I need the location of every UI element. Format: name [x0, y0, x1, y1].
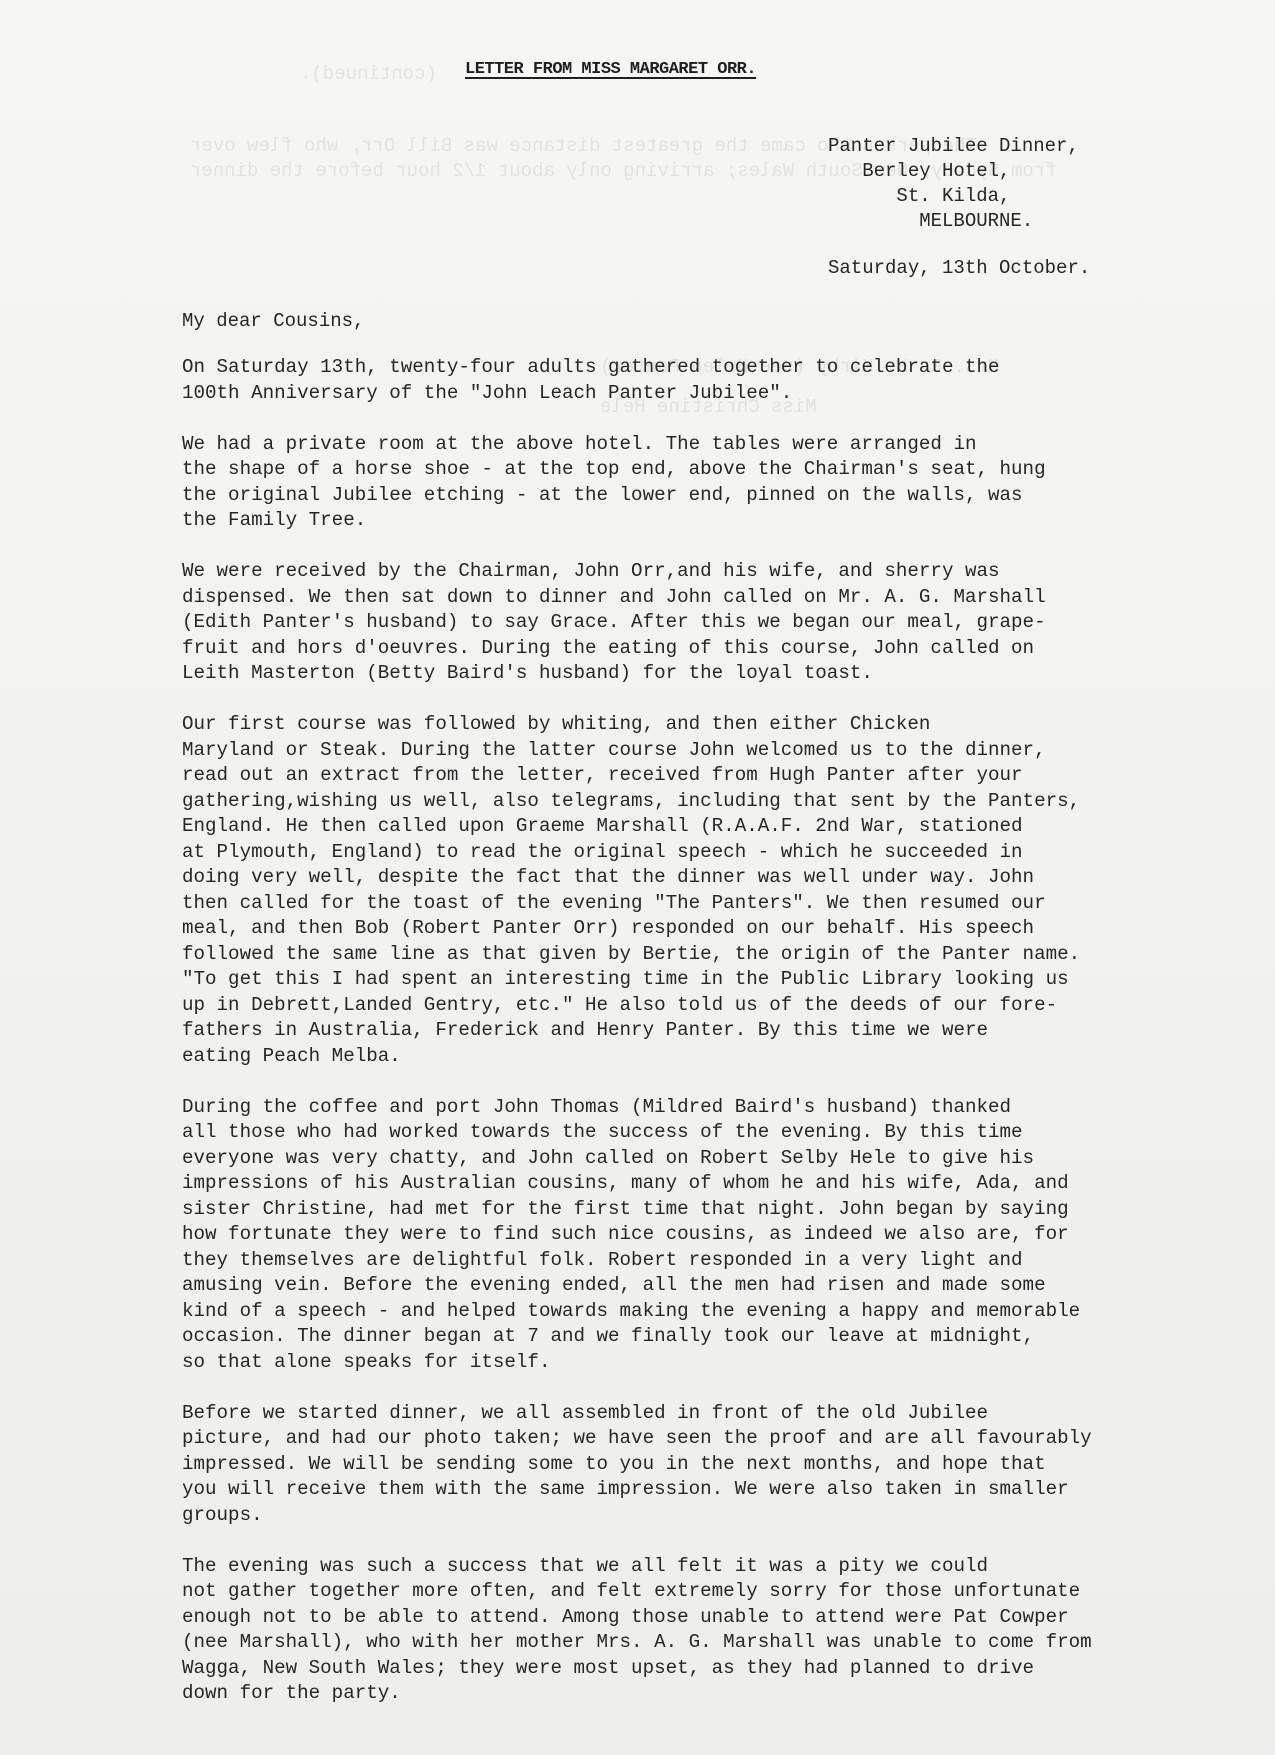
letter-page: (continued). The person who came the gre…	[0, 0, 1275, 1755]
address-line: MELBOURNE.	[828, 209, 1079, 234]
bleed-through-continued: (continued).	[300, 62, 437, 88]
paragraph-room: We had a private room at the above hotel…	[182, 432, 1162, 534]
paragraph-photo: Before we started dinner, we all assembl…	[182, 1401, 1162, 1529]
paragraph-anniversary: On Saturday 13th, twenty-four adults gat…	[182, 355, 1162, 406]
paragraph-dinner: Our first course was followed by whiting…	[182, 712, 1162, 1069]
address-line: Panter Jubilee Dinner,	[828, 134, 1079, 159]
salutation: My dear Cousins,	[182, 310, 364, 332]
paragraph-reception: We were received by the Chairman, John O…	[182, 559, 1162, 687]
sender-address: Panter Jubilee Dinner, Berley Hotel, St.…	[828, 134, 1079, 234]
letter-body: On Saturday 13th, twenty-four adults gat…	[182, 355, 1162, 1732]
address-line: Berley Hotel,	[828, 159, 1079, 184]
address-line: St. Kilda,	[828, 184, 1079, 209]
letter-date: Saturday, 13th October.	[828, 257, 1090, 279]
letter-title: LETTER FROM MISS MARGARET ORR.	[465, 60, 756, 79]
paragraph-success: The evening was such a success that we a…	[182, 1554, 1162, 1707]
paragraph-coffee: During the coffee and port John Thomas (…	[182, 1095, 1162, 1376]
